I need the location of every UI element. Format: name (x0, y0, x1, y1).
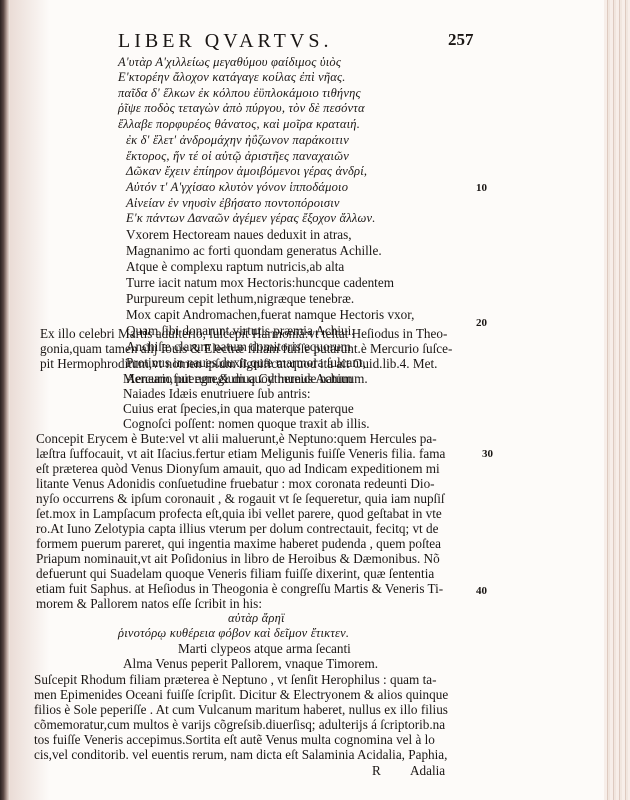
prose-line: pit Hermophroditum,vt nomen ipſum ſignif… (40, 356, 437, 371)
prose-line: læſtra ſuffocauit, vt ait Iſacius.fertur… (36, 446, 445, 461)
greek-line: ῥῖψε ποδὸς τεταγὼν ἀπὸ πύργου, τὸν δὲ πε… (118, 101, 365, 116)
verse-line: Mox capit Andromachen,fuerat namque Hect… (126, 307, 414, 322)
verse-line: Purpureum cepit lethum,nigræque tenebræ. (126, 291, 354, 306)
signature-mark: R (372, 763, 381, 778)
running-head: LIBER QVARTVS. (118, 30, 332, 53)
prose-line: nyſo occurrens & ipſum coronauit , & rog… (36, 491, 445, 506)
prose-line: litante Venus Adonidis conſuetudine frue… (36, 476, 435, 491)
page-header: LIBER QVARTVS. 257 (118, 30, 498, 54)
prose-line: gonia,quam tamen alij Iouis & Electræ fi… (40, 341, 452, 356)
greek-line: ἔλλαβε πορφυρέος θάνατος, καὶ μοῖρα κρατ… (118, 117, 360, 132)
verse-line: Cuius erat ſpecies,in qua materque pater… (123, 401, 354, 416)
prose-line: Priapum nominauit,vt ait Poſidonius in l… (36, 551, 440, 566)
greek-line: παῖδα δ' ἕλκων ἐκ κόλπου ἐϋπλοκάμοιο τιθ… (118, 86, 361, 101)
verse-line: Marti clypeos atque arma ſecanti (178, 641, 351, 656)
greek-line: αὐτὰρ ἄρηϊ (228, 611, 285, 626)
prose-line: ro.At Iuno Zelotypia capta illius vterum… (36, 521, 438, 536)
greek-line: ῥινοτόρῳ κυθέρεια φόβον καὶ δεῖμον ἔτικτ… (118, 626, 349, 641)
greek-line: Ε'κ πάντων Δαναῶν ἀγέμεν γέρας ἔξοχον ἄλ… (126, 211, 376, 226)
prose-line: Suſcepit Rhodum filiam præterea è Neptun… (34, 672, 437, 687)
prose-line: etiam fuit Saphus. at Heſiodus in Theogo… (36, 581, 443, 596)
prose-line: ſet.mox in Lampſacum profecta eſt,quia i… (36, 506, 442, 521)
prose-line: men Epimenides Oceani fuiſſe ſcripſit. D… (34, 687, 448, 702)
verse-line: Vxorem Hectoream naues deduxit in atras, (126, 227, 352, 242)
greek-line: Αἰνείαν ἐν νηυσὶν ἐβήσατο ποντοπόροισιν (126, 196, 340, 211)
page-edges-right (604, 0, 630, 800)
page-number: 257 (448, 30, 474, 50)
prose-line: filios è Sole peperiſſe . At cum Vulcanu… (34, 702, 448, 717)
prose-line: eſt præterea quòd Venus Dionyſum amauit,… (36, 461, 440, 476)
book-gutter-left (0, 0, 10, 800)
margin-line-number: 20 (476, 317, 487, 329)
margin-line-number: 10 (476, 182, 487, 194)
prose-line: morem & Pallorem natos eſſe ſcribit in h… (36, 596, 262, 611)
prose-line: Ex illo celebri Martis adulterio, ſuſcep… (40, 326, 447, 341)
prose-line: defuerunt qui Suadelam quoque Veneris fi… (36, 566, 434, 581)
greek-line: Αὐτόν τ' Α'γχίσαο κλυτὸν γόνον ἱπποδάμοι… (126, 180, 348, 195)
verse-line: Alma Venus peperit Pallorem, vnaque Timo… (123, 656, 378, 671)
verse-line: Turre iacit natum mox Hectoris:huncque c… (126, 275, 394, 290)
verse-line: Atque è complexu raptum nutricis,ab alta (126, 259, 344, 274)
verse-line: Mercurio puerum,& diua Cythereide natum (123, 371, 353, 386)
greek-line: Α'υτὰρ Α'χιλλείως μεγαθύμου φαίδιμος ὑιὸ… (118, 55, 341, 70)
greek-line: Δῶκαν ἔχειν ἐπίηρον ἀμοιβόμενοι γέρας ἀν… (126, 164, 367, 179)
catchword: Adalia (410, 763, 445, 778)
prose-line: cõmemoratur,cum multos è varijs cõgreſsi… (34, 717, 445, 732)
prose-line: tos fuiſſe Veneris accepimus.Sortita eſt… (34, 732, 435, 747)
prose-line: formem puerum pareret, qui ingentia maxi… (36, 536, 441, 551)
margin-line-number: 30 (482, 448, 493, 460)
verse-line: Cognoſci poſſent: nomen quoque traxit ab… (123, 416, 370, 431)
margin-line-number: 40 (476, 585, 487, 597)
greek-line: Ε'κτορέην ἄλοχον κατάγαγε κοίλας ἐπὶ νῆα… (118, 70, 346, 85)
verse-line: Magnanimo ac forti quondam generatus Ach… (126, 243, 382, 258)
greek-line: ἐκ δ' ἕλετ' ἀνδρομάχην ἠΰζωνον παράκοιτι… (126, 133, 349, 148)
prose-line: Concepit Erycem è Bute:vel vt alii malue… (36, 431, 437, 446)
prose-line: cis,vel conditorib. vel euentis rerum, n… (34, 747, 447, 762)
greek-line: ἕκτορος, ἥν τέ οἱ αὐτῷ ἀριστῆες παναχαιῶ… (126, 149, 349, 164)
verse-line: Naiades Idæis enutriuere ſub antris: (123, 386, 311, 401)
